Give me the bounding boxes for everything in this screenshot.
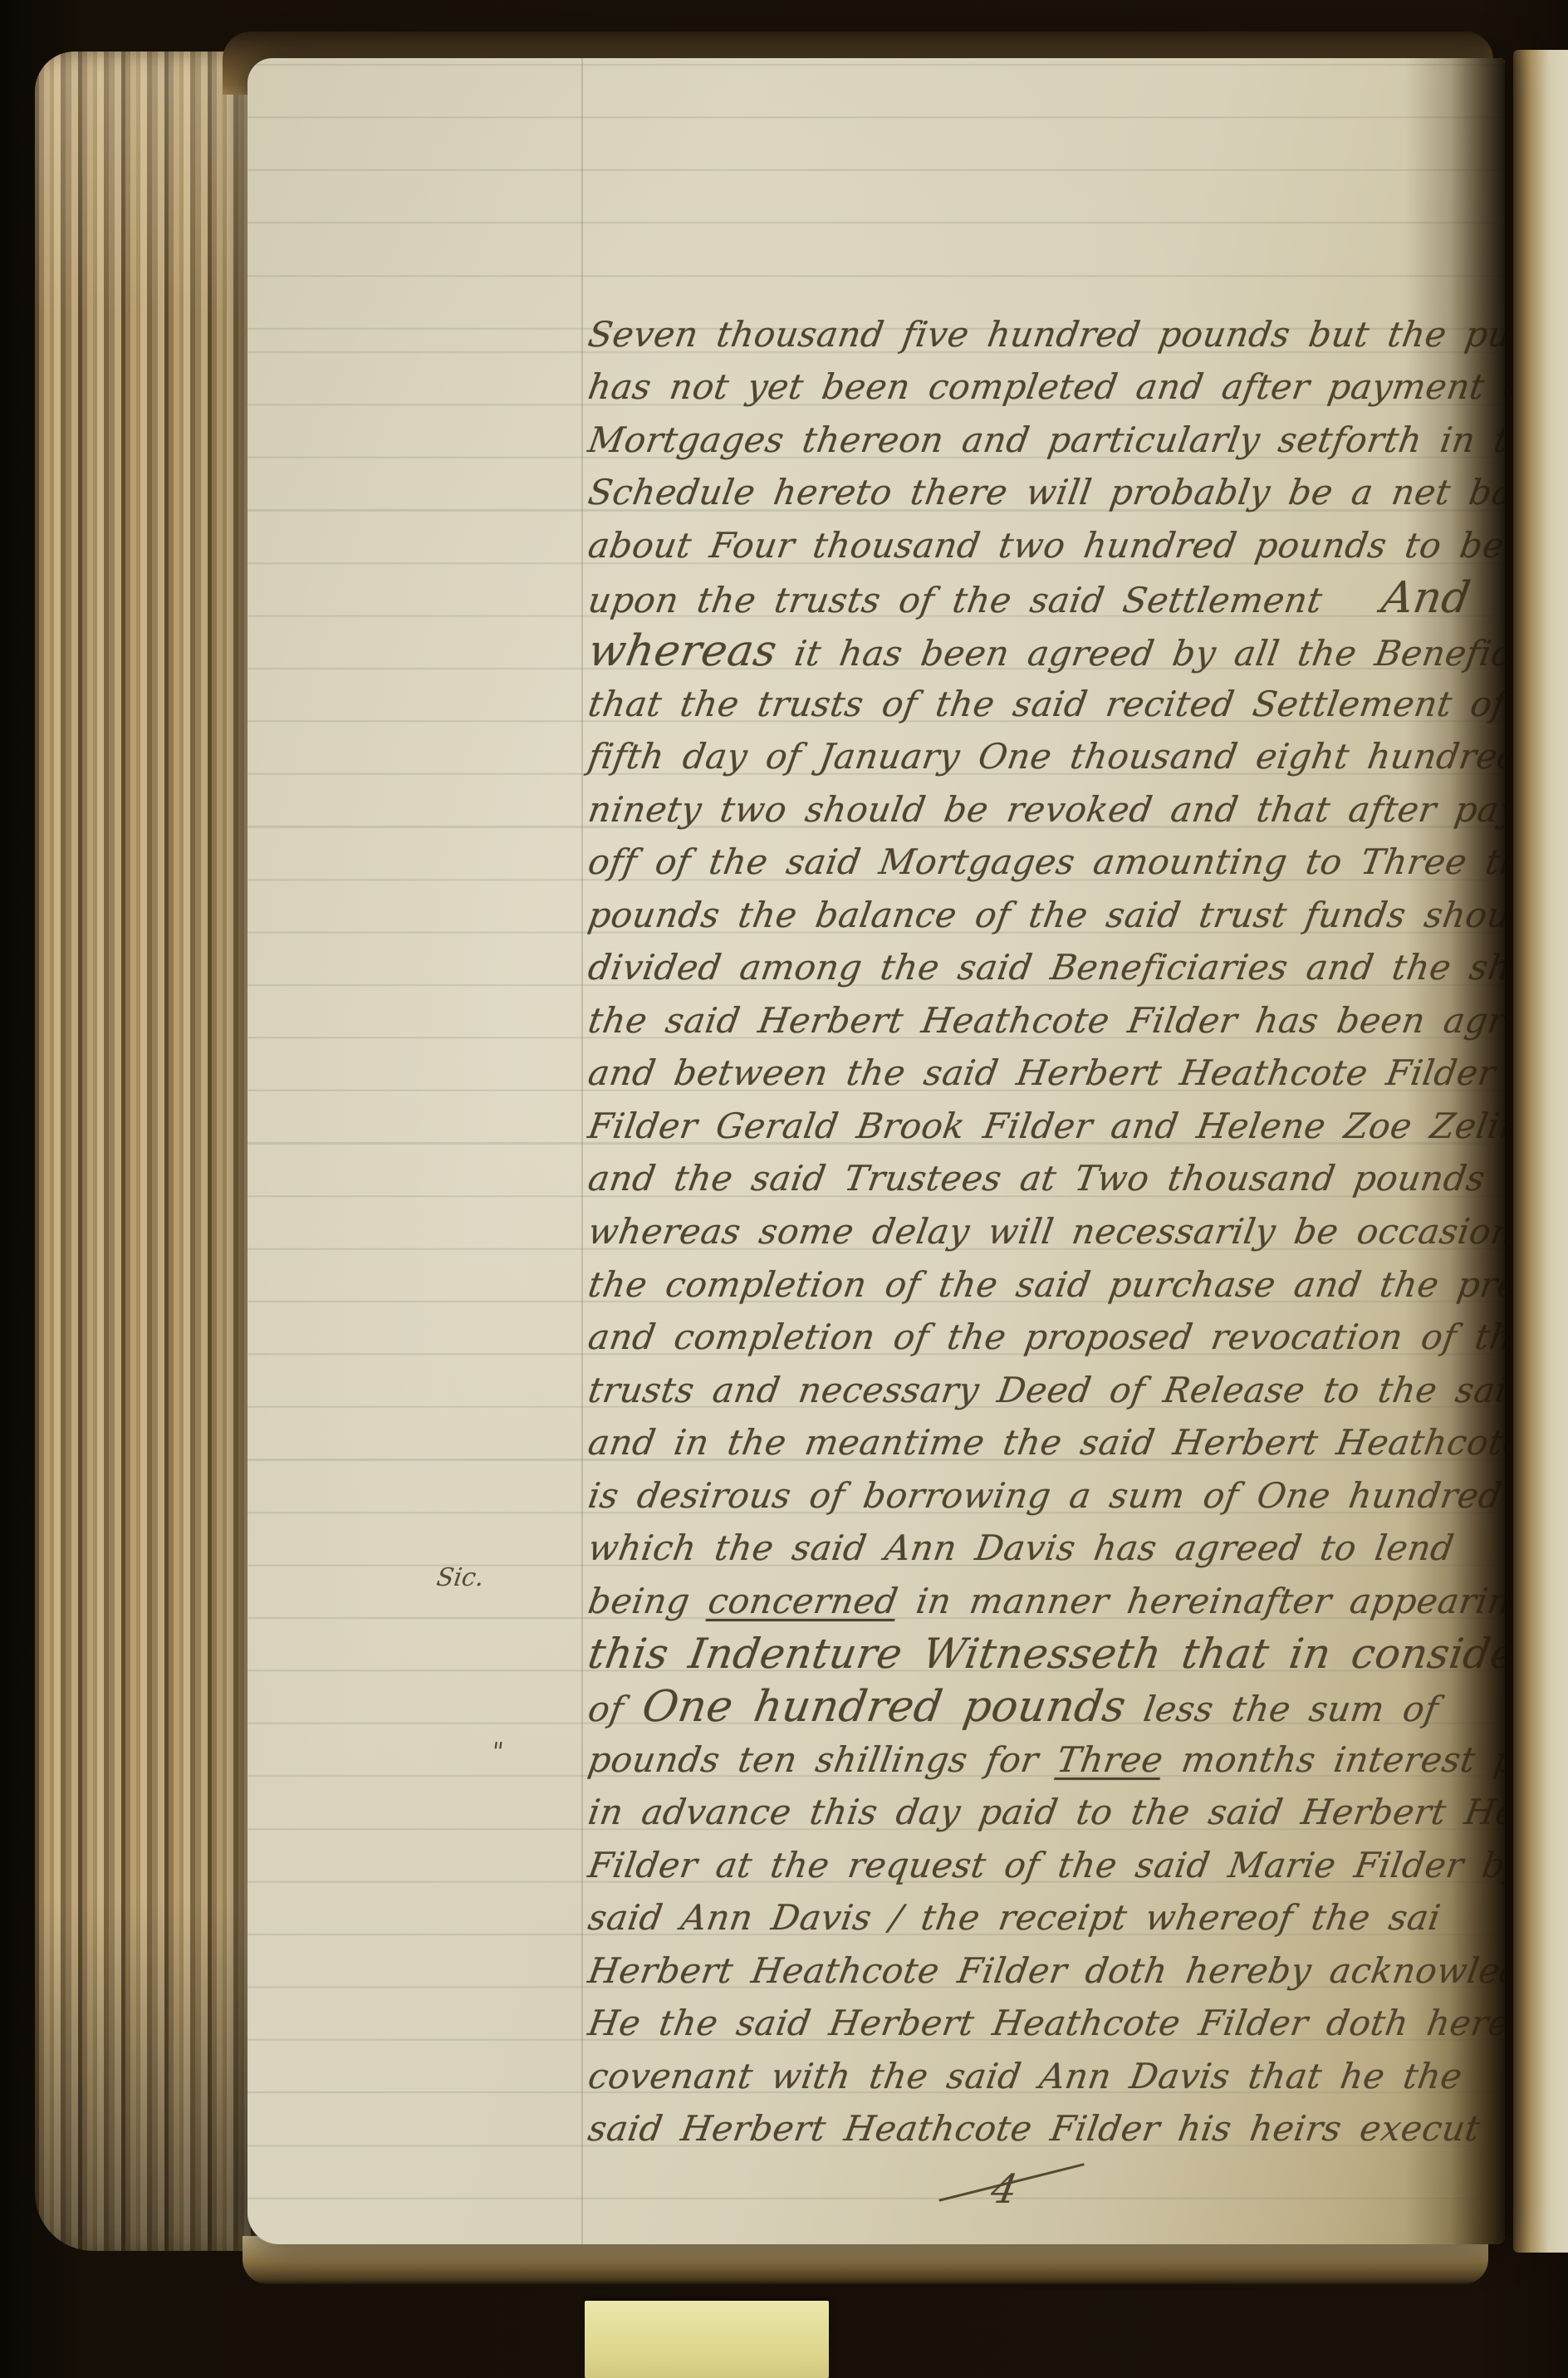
manuscript-line: trusts and necessary Deed of Release to … — [585, 1366, 1505, 1415]
manuscript-line: of One hundred pounds less the sum of — [585, 1682, 1505, 1734]
manuscript-line: and the said Trustees at Two thousand po… — [585, 1154, 1505, 1204]
facing-page-edge — [1513, 50, 1568, 2253]
manuscript-line: in advance this day paid to the said Her… — [585, 1787, 1505, 1837]
manuscript-line: about Four thousand two hundred pounds t… — [585, 521, 1505, 571]
manuscript-line: divided among the said Beneficiaries and… — [585, 943, 1505, 993]
manuscript-line: fifth day of January One thousand eight … — [585, 732, 1505, 782]
manuscript-line: ninety two should be revoked and that af… — [585, 785, 1505, 835]
page-stack-edges — [35, 51, 277, 2251]
manuscript-line: has not yet been completed and after pay… — [585, 362, 1505, 412]
manuscript-line: He the said Herbert Heathcote Filder dot… — [585, 1998, 1505, 2048]
manuscript-line: covenant with the said Ann Davis that he… — [585, 2052, 1505, 2101]
page-number: 4 — [937, 2151, 1120, 2226]
bookmark-tab — [585, 2301, 829, 2378]
manuscript-line: and completion of the proposed revocatio… — [585, 1312, 1505, 1362]
manuscript-line: the completion of the said purchase and … — [585, 1260, 1505, 1310]
manuscript-line: Herbert Heathcote Filder doth hereby ack… — [585, 1946, 1505, 1996]
manuscript-line: upon the trusts of the said SettlementAn… — [585, 573, 1505, 625]
manuscript-line: this Indenture Witnesseth that in consid… — [585, 1629, 1505, 1679]
manuscript-line: said Ann Davis / the receipt whereof the… — [585, 1893, 1505, 1943]
manuscript-line: being concerned in manner hereinafter ap… — [585, 1576, 1505, 1626]
manuscript-line: said Herbert Heathcote Filder his heirs … — [585, 2104, 1505, 2154]
manuscript-line: off of the said Mortgages amounting to T… — [585, 837, 1505, 887]
manuscript-line: that the trusts of the said recited Sett… — [585, 679, 1505, 729]
margin-note-sic: Sic. — [435, 1563, 486, 1592]
manuscript-line: Schedule hereto there will probably be a… — [585, 468, 1505, 517]
manuscript-line: the said Herbert Heathcote Filder has be… — [585, 996, 1505, 1046]
manuscript-line: whereas it has been agreed by all the Be… — [585, 626, 1505, 679]
manuscript-line: which the said Ann Davis has agreed to l… — [585, 1523, 1505, 1573]
manuscript-line: and between the said Herbert Heathcote F… — [585, 1048, 1505, 1098]
manuscript-line: pounds ten shillings for Three months in… — [585, 1735, 1505, 1785]
manuscript-page: Seven thousand five hundred pounds but t… — [247, 58, 1505, 2244]
manuscript-line: Filder Gerald Brook Filder and Helene Zo… — [585, 1101, 1505, 1151]
manuscript-line: Seven thousand five hundred pounds but t… — [585, 310, 1505, 360]
manuscript-line: whereas some delay will necessarily be o… — [585, 1207, 1505, 1257]
book-photo: Seven thousand five hundred pounds but t… — [0, 0, 1568, 2378]
manuscript-line: Filder at the request of the said Marie … — [585, 1841, 1505, 1890]
manuscript-line: Mortgages thereon and particularly setfo… — [585, 415, 1505, 465]
manuscript-line: pounds the balance of the said trust fun… — [585, 890, 1505, 940]
manuscript-line: and in the meantime the said Herbert Hea… — [585, 1418, 1505, 1468]
margin-rule — [581, 58, 583, 2244]
manuscript-line: is desirous of borrowing a sum of One hu… — [585, 1471, 1505, 1521]
